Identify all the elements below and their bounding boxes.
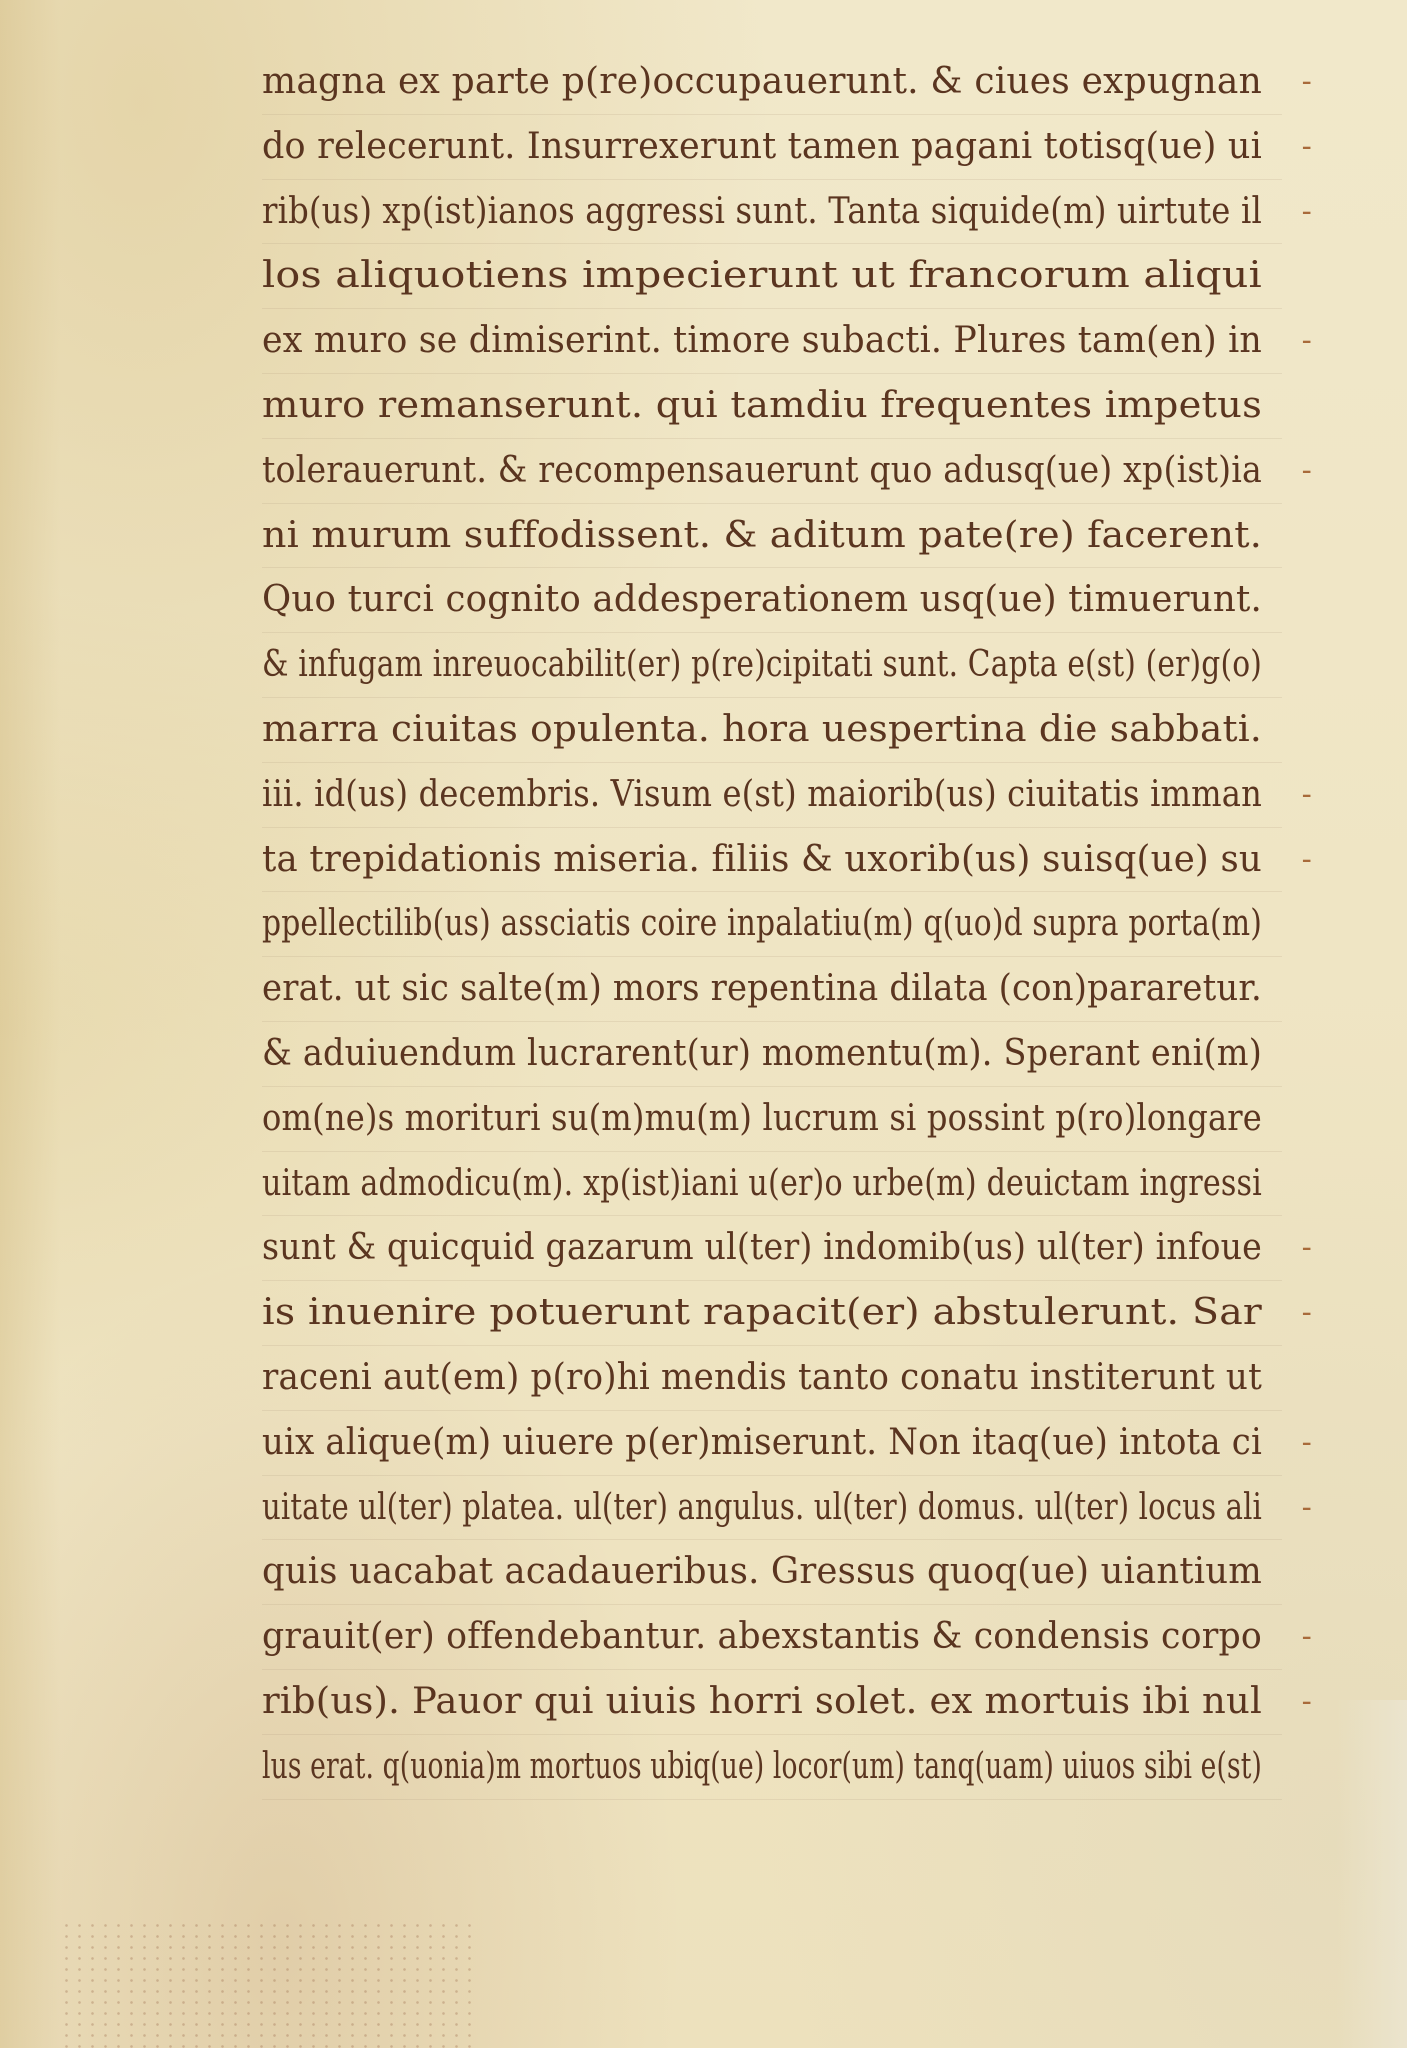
manuscript-line-1: magna ex parte p(re)occupauerunt. & ciue…: [262, 50, 1282, 115]
manuscript-line-4: los aliquotiens impecierunt ut francorum…: [262, 244, 1282, 309]
manuscript-line-23: uitate ul(ter) platea. ul(ter) angulus. …: [262, 1476, 1282, 1541]
manuscript-line-9: Quo turci cognito addesperationem usq(ue…: [262, 568, 1282, 633]
manuscript-line-22: uix alique(m) uiuere p(er)miserunt. Non …: [262, 1411, 1282, 1476]
manuscript-line-2: do relecerunt. Insurrexerunt tamen pagan…: [262, 115, 1282, 180]
line-hyphen: -: [1302, 1216, 1312, 1281]
line-text: raceni aut(em) p(ro)hi mendis tanto cona…: [262, 1346, 1262, 1411]
line-text: uix alique(m) uiuere p(er)miserunt. Non …: [262, 1411, 1262, 1476]
line-hyphen: -: [1302, 1281, 1312, 1346]
line-text: lus erat. q(uonia)m mortuos ubiq(ue) loc…: [262, 1735, 1262, 1800]
line-hyphen: -: [1302, 439, 1312, 504]
line-text: & infugam inreuocabilit(er) p(re)cipitat…: [262, 633, 1262, 698]
gutter-shadow: [0, 0, 60, 2048]
line-text: Quo turci cognito addesperationem usq(ue…: [262, 568, 1262, 633]
manuscript-line-8: ni murum suffodissent. & aditum pate(re)…: [262, 504, 1282, 569]
line-text: los aliquotiens impecierunt ut francorum…: [262, 244, 1262, 309]
manuscript-line-26: rib(us). Pauor qui uiuis horri solet. ex…: [262, 1670, 1282, 1735]
line-hyphen: -: [1302, 828, 1312, 893]
line-text: quis uacabat acadaueribus. Gressus quoq(…: [262, 1540, 1262, 1605]
line-hyphen: -: [1302, 1476, 1312, 1541]
line-text: is inuenire potuerunt rapacit(er) abstul…: [262, 1281, 1262, 1346]
line-text: rib(us). Pauor qui uiuis horri solet. ex…: [262, 1670, 1262, 1735]
line-text: iii. id(us) decembris. Visum e(st) maior…: [262, 763, 1262, 828]
manuscript-line-5: ex muro se dimiserint. timore subacti. P…: [262, 309, 1282, 374]
line-hyphen: -: [1302, 309, 1312, 374]
manuscript-line-7: tolerauerunt. & recompensauerunt quo adu…: [262, 439, 1282, 504]
text-block: magna ex parte p(re)occupauerunt. & ciue…: [262, 50, 1282, 1800]
line-text: erat. ut sic salte(m) mors repentina dil…: [262, 957, 1262, 1022]
line-hyphen: -: [1302, 180, 1312, 245]
parchment-edge: [1337, 1700, 1407, 2048]
manuscript-line-17: om(ne)s morituri su(m)mu(m) lucrum si po…: [262, 1087, 1282, 1152]
line-text: rib(us) xp(ist)ianos aggressi sunt. Tant…: [262, 180, 1262, 245]
line-text: ta trepidationis miseria. filiis & uxori…: [262, 828, 1262, 893]
manuscript-line-18: uitam admodicu(m). xp(ist)iani u(er)o ur…: [262, 1152, 1282, 1217]
manuscript-line-15: erat. ut sic salte(m) mors repentina dil…: [262, 957, 1282, 1022]
manuscript-line-12: iii. id(us) decembris. Visum e(st) maior…: [262, 763, 1282, 828]
manuscript-line-21: raceni aut(em) p(ro)hi mendis tanto cona…: [262, 1346, 1282, 1411]
line-text: & aduiuendum lucrarent(ur) momentu(m). S…: [262, 1022, 1262, 1087]
manuscript-line-3: rib(us) xp(ist)ianos aggressi sunt. Tant…: [262, 180, 1282, 245]
line-text: ex muro se dimiserint. timore subacti. P…: [262, 309, 1262, 374]
line-text: grauit(er) offendebantur. abexstantis & …: [262, 1605, 1262, 1670]
line-text: ppellectilib(us) assciatis coire inpalat…: [262, 892, 1262, 957]
line-hyphen: -: [1302, 1605, 1312, 1670]
manuscript-folio: magna ex parte p(re)occupauerunt. & ciue…: [0, 0, 1407, 2048]
line-text: muro remanserunt. qui tamdiu frequentes …: [262, 374, 1262, 439]
manuscript-line-16: & aduiuendum lucrarent(ur) momentu(m). S…: [262, 1022, 1282, 1087]
manuscript-line-13: ta trepidationis miseria. filiis & uxori…: [262, 828, 1282, 893]
manuscript-line-11: marra ciuitas opulenta. hora uespertina …: [262, 698, 1282, 763]
line-text: sunt & quicquid gazarum ul(ter) indomib(…: [262, 1216, 1262, 1281]
line-hyphen: -: [1302, 1411, 1312, 1476]
line-text: marra ciuitas opulenta. hora uespertina …: [262, 698, 1262, 763]
manuscript-line-27: lus erat. q(uonia)m mortuos ubiq(ue) loc…: [262, 1735, 1282, 1800]
line-text: uitate ul(ter) platea. ul(ter) angulus. …: [262, 1476, 1262, 1541]
line-text: om(ne)s morituri su(m)mu(m) lucrum si po…: [262, 1087, 1262, 1152]
line-hyphen: -: [1302, 115, 1312, 180]
foxing-stains: [60, 1920, 480, 2048]
manuscript-line-6: muro remanserunt. qui tamdiu frequentes …: [262, 374, 1282, 439]
line-text: do relecerunt. Insurrexerunt tamen pagan…: [262, 115, 1262, 180]
line-text: uitam admodicu(m). xp(ist)iani u(er)o ur…: [262, 1152, 1262, 1217]
line-hyphen: -: [1302, 50, 1312, 115]
manuscript-line-25: grauit(er) offendebantur. abexstantis & …: [262, 1605, 1282, 1670]
line-hyphen: -: [1302, 1670, 1312, 1735]
manuscript-line-24: quis uacabat acadaueribus. Gressus quoq(…: [262, 1540, 1282, 1605]
manuscript-line-19: sunt & quicquid gazarum ul(ter) indomib(…: [262, 1216, 1282, 1281]
manuscript-line-10: & infugam inreuocabilit(er) p(re)cipitat…: [262, 633, 1282, 698]
line-text: tolerauerunt. & recompensauerunt quo adu…: [262, 439, 1262, 504]
line-hyphen: -: [1302, 763, 1312, 828]
manuscript-line-20: is inuenire potuerunt rapacit(er) abstul…: [262, 1281, 1282, 1346]
manuscript-line-14: ppellectilib(us) assciatis coire inpalat…: [262, 892, 1282, 957]
line-text: ni murum suffodissent. & aditum pate(re)…: [262, 504, 1262, 569]
line-text: magna ex parte p(re)occupauerunt. & ciue…: [262, 50, 1262, 115]
